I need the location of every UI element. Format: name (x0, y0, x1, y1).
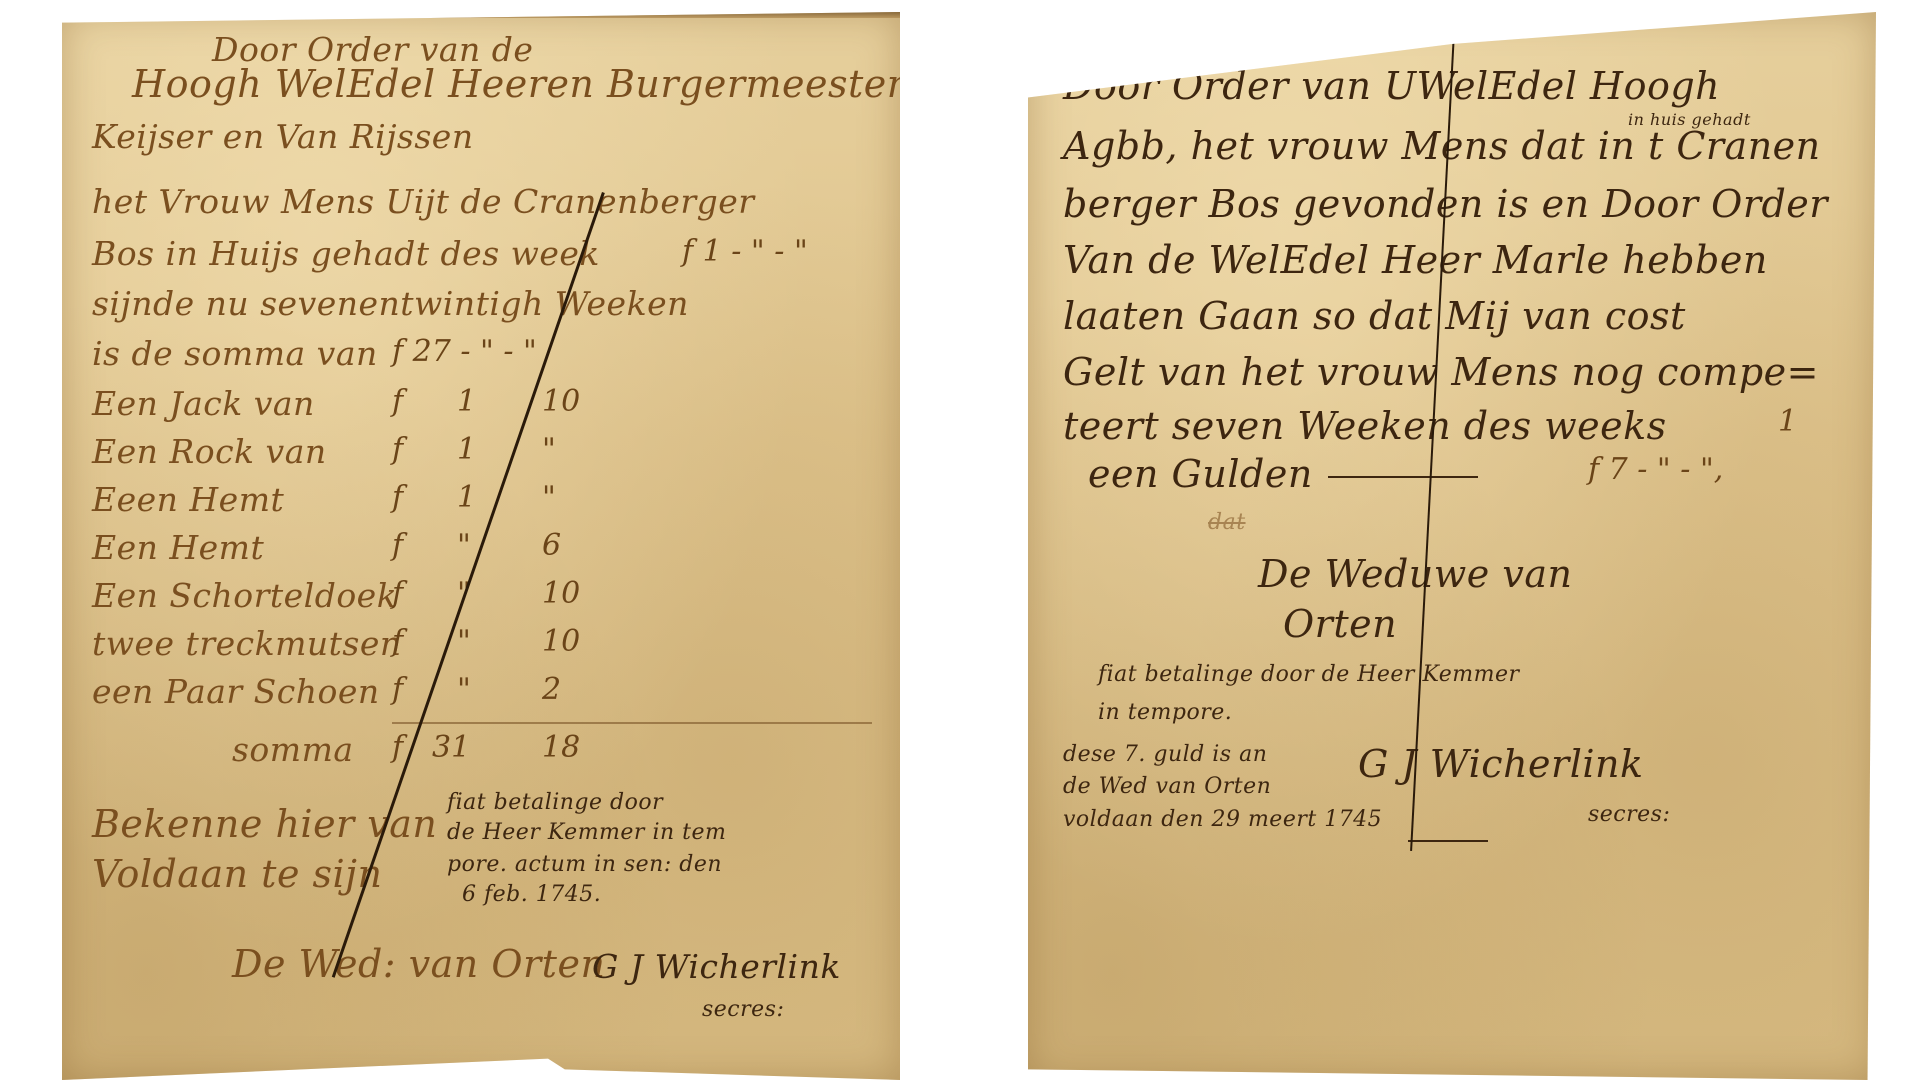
total-amount: f 7 - " - ", (1588, 452, 1723, 487)
clerk-signature: G J Wicherlink (1358, 742, 1644, 786)
signatory-line-1: De Weduwe van (1258, 552, 1572, 596)
item-guilders: 1 (457, 480, 476, 515)
receipt-line-3: voldaan den 29 meert 1745 (1063, 807, 1382, 832)
item-guilders: 1 (457, 432, 476, 467)
item-currency: f (392, 528, 403, 563)
item-currency: f (392, 576, 403, 611)
acknowledgement-line-2: Voldaan te sijn (92, 852, 382, 896)
body-line-4: Van de WelEdel Heer Marle hebben (1063, 238, 1768, 282)
clerk-title: secres: (702, 997, 784, 1022)
item-guilders: " (457, 528, 471, 563)
annotation-line-1: fiat betalinge door de Heer Kemmer (1098, 662, 1520, 687)
total-stuivers: 18 (542, 730, 580, 765)
receipt-line-1: dese 7. guld is an (1063, 742, 1267, 767)
body-line-6: Gelt van het vrouw Mens nog compe= (1063, 350, 1819, 394)
right-manuscript-page: Door Order van UWelEdel Hoogh in huis ge… (1028, 12, 1876, 1080)
item-label: Een Hemt (92, 528, 264, 567)
clerk-title: secres: (1588, 802, 1670, 827)
body-line-vrouw-mens: het Vrouw Mens Uijt de Cranenberger (92, 182, 755, 221)
item-stuivers: 10 (542, 624, 580, 659)
item-label: twee treckmutsen (92, 624, 402, 663)
item-stuivers: 10 (542, 576, 580, 611)
subtotal-amount: f 27 - " - " (392, 334, 537, 369)
left-manuscript-page: Door Order van de Hoogh WelEdel Heeren B… (62, 12, 900, 1080)
body-line-weeks: sijnde nu sevenentwintigh Weeken (92, 284, 689, 323)
annotation-date: 6 feb. 1745. (462, 882, 601, 907)
item-currency: f (392, 432, 403, 467)
item-stuivers: " (542, 480, 556, 515)
header-line-addressees: Hoogh WelEdel Heeren Burgermeesteren (132, 62, 953, 106)
item-currency: f (392, 624, 403, 659)
year-underline (1408, 840, 1488, 842)
amount-dash (1328, 476, 1478, 478)
item-stuivers: 6 (542, 528, 561, 563)
annotation-line-1: fiat betalinge door (447, 790, 663, 815)
body-line-somma-van: is de somma van (92, 334, 378, 373)
signatory-name: De Wed: van Orten (232, 942, 605, 986)
clerk-signature: G J Wicherlink (592, 947, 841, 986)
total-rule-line (392, 722, 872, 724)
signatory-line-2: Orten (1283, 602, 1397, 646)
struck-word: dat (1208, 510, 1246, 535)
receipt-line-2: de Wed van Orten (1063, 774, 1271, 799)
body-line-1: Door Order van UWelEdel Hoogh (1063, 64, 1720, 108)
body-line-2: Agbb, het vrouw Mens dat in t Cranen (1063, 124, 1821, 168)
item-stuivers: 2 (542, 672, 561, 707)
annotation-line-3: pore. actum in sen: den (447, 852, 722, 877)
total-guilders: 31 (432, 730, 470, 765)
body-line-8: een Gulden (1088, 452, 1313, 496)
page-top-edge (62, 12, 900, 18)
total-currency: f (392, 730, 403, 765)
item-label: Een Rock van (92, 432, 327, 471)
item-label: een Paar Schoen (92, 672, 380, 711)
body-line-7: teert seven Weeken des weeks (1063, 404, 1667, 448)
item-guilders: " (457, 624, 471, 659)
item-guilders: " (457, 672, 471, 707)
annotation-line-2: de Heer Kemmer in tem (447, 820, 726, 845)
header-line-names: Keijser en Van Rijssen (92, 117, 474, 156)
item-label: Eeen Hemt (92, 480, 284, 519)
item-guilders: 1 (457, 384, 476, 419)
item-label: Een Jack van (92, 384, 315, 423)
weekly-rate: 1 (1778, 404, 1797, 439)
item-stuivers: " (542, 432, 556, 467)
total-label: somma (232, 730, 354, 769)
item-currency: f (392, 384, 403, 419)
body-line-5: laaten Gaan so dat Mij van cost (1063, 294, 1686, 338)
annotation-line-2: in tempore. (1098, 700, 1232, 725)
body-line-bos-in-huijs: Bos in Huijs gehadt des week (92, 234, 600, 273)
item-currency: f (392, 672, 403, 707)
item-label: Een Schorteldoek (92, 576, 397, 615)
item-stuivers: 10 (542, 384, 580, 419)
weekly-amount: f 1 - " - " (682, 234, 808, 269)
item-currency: f (392, 480, 403, 515)
